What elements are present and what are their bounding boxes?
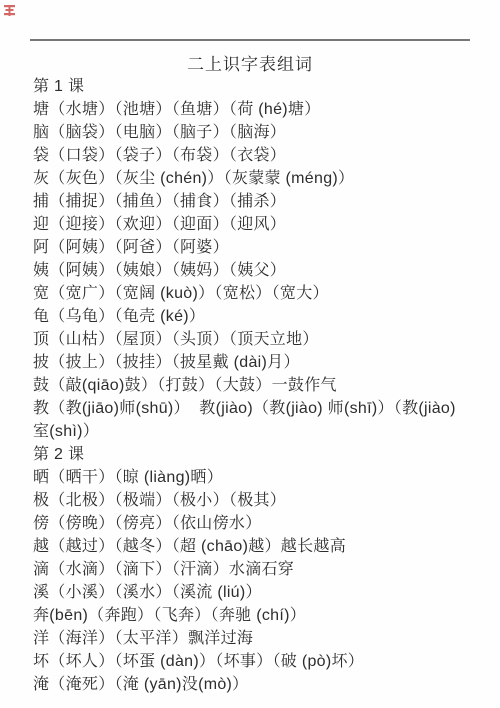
word-line: 顶（山枯）（屋顶）（头顶）（顶天立地） <box>33 328 493 351</box>
word-line: 披（披上）（披挂）（披星戴 (dài)月） <box>33 351 493 374</box>
word-line: 傍（傍晚）（傍亮）（依山傍水） <box>33 512 493 535</box>
word-list: 第 1 课 塘（水塘）（池塘）（鱼塘）（荷 (hé)塘） 脑（脑袋）（电脑）（脑… <box>33 75 493 696</box>
word-line: 越（越过）（越冬）（超 (chāo)越）越长越高 <box>33 535 493 558</box>
word-line: 洋（海洋）（太平洋）飘洋过海 <box>33 627 493 650</box>
word-line: 溪（小溪）（溪水）（溪流 (liú)） <box>33 581 493 604</box>
word-line-continuation: 室(shì)） <box>33 420 493 443</box>
word-line: 灰（灰色）（灰尘 (chén)）（灰蒙蒙 (méng)） <box>33 167 493 190</box>
word-line: 塘（水塘）（池塘）（鱼塘）（荷 (hé)塘） <box>33 98 493 121</box>
word-line: 奔(bēn)（奔跑）（飞奔）（奔驰 (chí)） <box>33 604 493 627</box>
word-line: 淹（淹死）（淹 (yān)没(mò)） <box>33 673 493 696</box>
word-line: 滴（水滴）（滴下）（汗滴）水滴石穿 <box>33 558 493 581</box>
word-line: 捕（捕捉）（捕鱼）（捕食）（捕杀） <box>33 190 493 213</box>
word-line: 教（教(jiāo)师(shū)） 教(jiào)（教(jiào) 师(shī)）… <box>33 397 493 420</box>
word-line: 袋（口袋）（袋子）（布袋）（衣袋） <box>33 144 493 167</box>
word-line: 迎（迎接）（欢迎）（迎面）（迎风） <box>33 213 493 236</box>
word-line: 龟（乌龟）（龟壳 (ké)） <box>33 305 493 328</box>
word-line: 极（北极）（极端）（极小）（极其） <box>33 489 493 512</box>
lesson-1-heading: 第 1 课 <box>33 75 493 98</box>
word-line: 脑（脑袋）（电脑）（脑子）（脑海） <box>33 121 493 144</box>
document-page: 二上识字表组词 第 1 课 塘（水塘）（池塘）（鱼塘）（荷 (hé)塘） 脑（脑… <box>0 0 500 708</box>
page-title: 二上识字表组词 <box>0 50 500 75</box>
word-line: 宽（宽广）（宽阔 (kuò)）（宽松）（宽大） <box>33 282 493 305</box>
top-divider-line <box>30 39 470 41</box>
word-line: 晒（晒干）（晾 (liàng)晒） <box>33 466 493 489</box>
word-line: 坏（坏人）（坏蛋 (dàn)）（坏事）（破 (pò)坏） <box>33 650 493 673</box>
word-line: 姨（阿姨）（姨娘）（姨妈）（姨父） <box>33 259 493 282</box>
red-stamp-icon <box>3 4 16 18</box>
word-line: 鼓（敲(qiāo)鼓）（打鼓）（大鼓）一鼓作气 <box>33 374 493 397</box>
lesson-2-heading: 第 2 课 <box>33 443 493 466</box>
word-line: 阿（阿姨）（阿爸）（阿婆） <box>33 236 493 259</box>
